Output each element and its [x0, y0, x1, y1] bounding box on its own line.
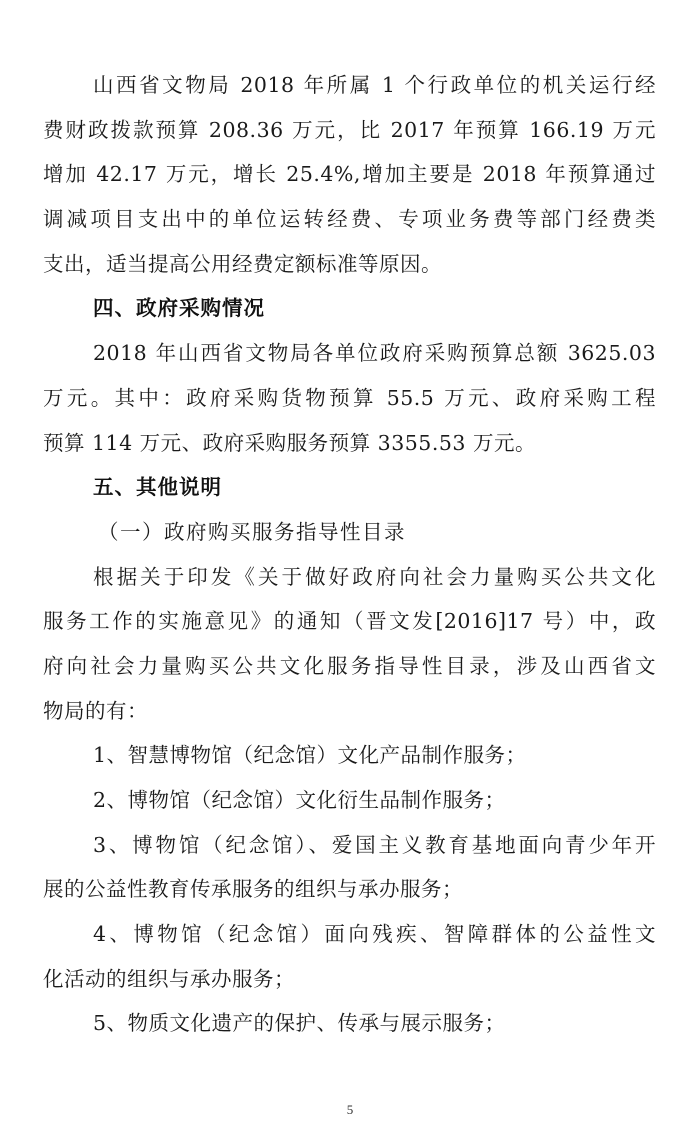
text-line: 5、物质文化遗产的保护、传承与展示服务； [43, 1001, 656, 1046]
list-item: 3、博物馆（纪念馆）、爱国主义教育基地面向青少年开 展的公益性教育传承服务的组织… [43, 823, 656, 912]
text-line: 化活动的组织与承办服务； [43, 957, 656, 1002]
text-line: 2、博物馆（纪念馆）文化衍生品制作服务； [43, 778, 656, 823]
text-line: 万元。其中：政府采购货物预算 55.5 万元、政府采购工程 [43, 376, 656, 421]
paragraph-procurement: 2018 年山西省文物局各单位政府采购预算总额 3625.03 万元。其中：政府… [43, 331, 656, 465]
service-list: 1、智慧博物馆（纪念馆）文化产品制作服务； 2、博物馆（纪念馆）文化衍生品制作服… [43, 733, 656, 1046]
text-line: 4、博物馆（纪念馆）面向残疾、智障群体的公益性文 [43, 912, 656, 957]
text-line: 2018 年山西省文物局各单位政府采购预算总额 3625.03 [43, 331, 656, 376]
text-line: 物局的有： [43, 689, 656, 734]
text-line: 支出，适当提高公用经费定额标准等原因。 [43, 242, 656, 287]
text-line: 费财政拨款预算 208.36 万元，比 2017 年预算 166.19 万元 [43, 108, 656, 153]
document-page: 山西省文物局 2018 年所属 1 个行政单位的机关运行经 费财政拨款预算 20… [0, 0, 700, 1148]
text-line: 服务工作的实施意见》的通知（晋文发[2016]17 号）中，政 [43, 599, 656, 644]
section-heading-other-notes: 五、其他说明 [43, 465, 656, 510]
subsection-heading-service-catalog: （一）政府购买服务指导性目录 [43, 510, 656, 555]
paragraph-catalog-basis: 根据关于印发《关于做好政府向社会力量购买公共文化 服务工作的实施意见》的通知（晋… [43, 555, 656, 734]
text-line: 山西省文物局 2018 年所属 1 个行政单位的机关运行经 [43, 63, 656, 108]
list-item: 5、物质文化遗产的保护、传承与展示服务； [43, 1001, 656, 1046]
list-item: 1、智慧博物馆（纪念馆）文化产品制作服务； [43, 733, 656, 778]
document-body: 山西省文物局 2018 年所属 1 个行政单位的机关运行经 费财政拨款预算 20… [43, 63, 656, 1046]
text-line: 3、博物馆（纪念馆）、爱国主义教育基地面向青少年开 [43, 823, 656, 868]
page-number: 5 [0, 1102, 700, 1118]
text-line: 预算 114 万元、政府采购服务预算 3355.53 万元。 [43, 421, 656, 466]
list-item: 2、博物馆（纪念馆）文化衍生品制作服务； [43, 778, 656, 823]
text-line: 府向社会力量购买公共文化服务指导性目录，涉及山西省文 [43, 644, 656, 689]
list-item: 4、博物馆（纪念馆）面向残疾、智障群体的公益性文 化活动的组织与承办服务； [43, 912, 656, 1001]
paragraph-operating-expenses: 山西省文物局 2018 年所属 1 个行政单位的机关运行经 费财政拨款预算 20… [43, 63, 656, 286]
section-heading-procurement: 四、政府采购情况 [43, 286, 656, 331]
text-line: 增加 42.17 万元，增长 25.4%,增加主要是 2018 年预算通过 [43, 152, 656, 197]
text-line: 展的公益性教育传承服务的组织与承办服务； [43, 867, 656, 912]
text-line: 1、智慧博物馆（纪念馆）文化产品制作服务； [43, 733, 656, 778]
text-line: 调减项目支出中的单位运转经费、专项业务费等部门经费类 [43, 197, 656, 242]
text-line: 根据关于印发《关于做好政府向社会力量购买公共文化 [43, 555, 656, 600]
